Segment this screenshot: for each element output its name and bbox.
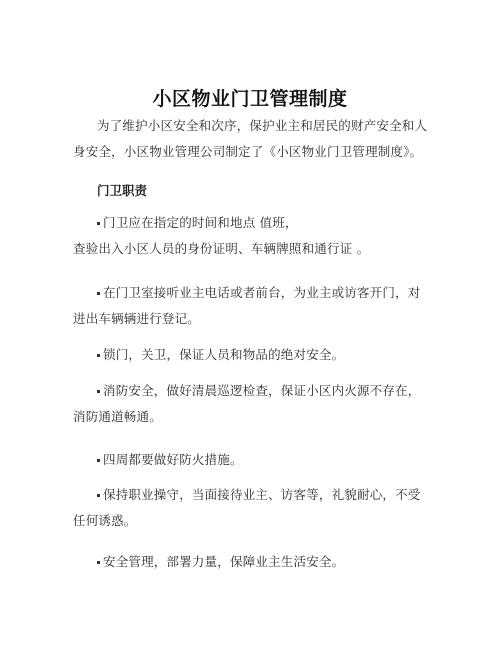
list-item-text: 四周都要做好防火措施。 (103, 452, 243, 467)
list-item-text: 在门卫室接听业主电话或者前台，为业主或访客开门，对进出车辆辆进行登记。 (73, 285, 421, 326)
list-item: 消防安全，做好清晨巡逻检查，保证小区内火源不存在，消防通道畅通。 (73, 378, 429, 430)
list-item: 保持职业操守，当面接待业主、访客等，礼貌耐心，不受任何诱惑。 (73, 482, 429, 534)
list-item: 安全管理，部署力量，保障业主生活安全。 (73, 549, 429, 575)
intro-paragraph: 为了维护小区安全和次序，保护业主和居民的财产安全和人身安全，小区物业管理公司制定… (73, 113, 429, 165)
list-item-text: 锁门，关卫，保证人员和物品的绝对安全。 (103, 347, 344, 362)
bullet-dot-icon (97, 459, 100, 462)
list-item-text: 安全管理，部署力量，保障业主生活安全。 (103, 554, 344, 569)
document-title: 小区物业门卫管理制度 (0, 84, 500, 111)
list-item: 四周都要做好防火措施。 (73, 447, 429, 473)
list-item: 门卫应在指定的时间和地点 值班， (73, 210, 429, 236)
bullet-dot-icon (97, 222, 100, 225)
list-item-text: 消防安全，做好清晨巡逻检查，保证小区内火源不存在，消防通道畅通。 (73, 383, 421, 424)
list-item-continuation: 查验出入小区人员的身份证明、车辆牌照和通行证 。 (73, 236, 429, 262)
bullet-dot-icon (97, 494, 100, 497)
list-item: 锁门，关卫，保证人员和物品的绝对安全。 (73, 342, 429, 368)
bullet-dot-icon (97, 292, 100, 295)
list-item-text: 保持职业操守，当面接待业主、访客等，礼貌耐心，不受任何诱惑。 (73, 487, 421, 528)
bullet-dot-icon (97, 561, 100, 564)
bullet-dot-icon (97, 390, 100, 393)
bullet-dot-icon (97, 354, 100, 357)
document-page: 小区物业门卫管理制度 为了维护小区安全和次序，保护业主和居民的财产安全和人身安全… (0, 0, 500, 647)
list-item-text: 门卫应在指定的时间和地点 值班， (103, 215, 298, 230)
section-heading: 门卫职责 (97, 181, 147, 199)
list-item: 在门卫室接听业主电话或者前台，为业主或访客开门，对进出车辆辆进行登记。 (73, 280, 429, 332)
